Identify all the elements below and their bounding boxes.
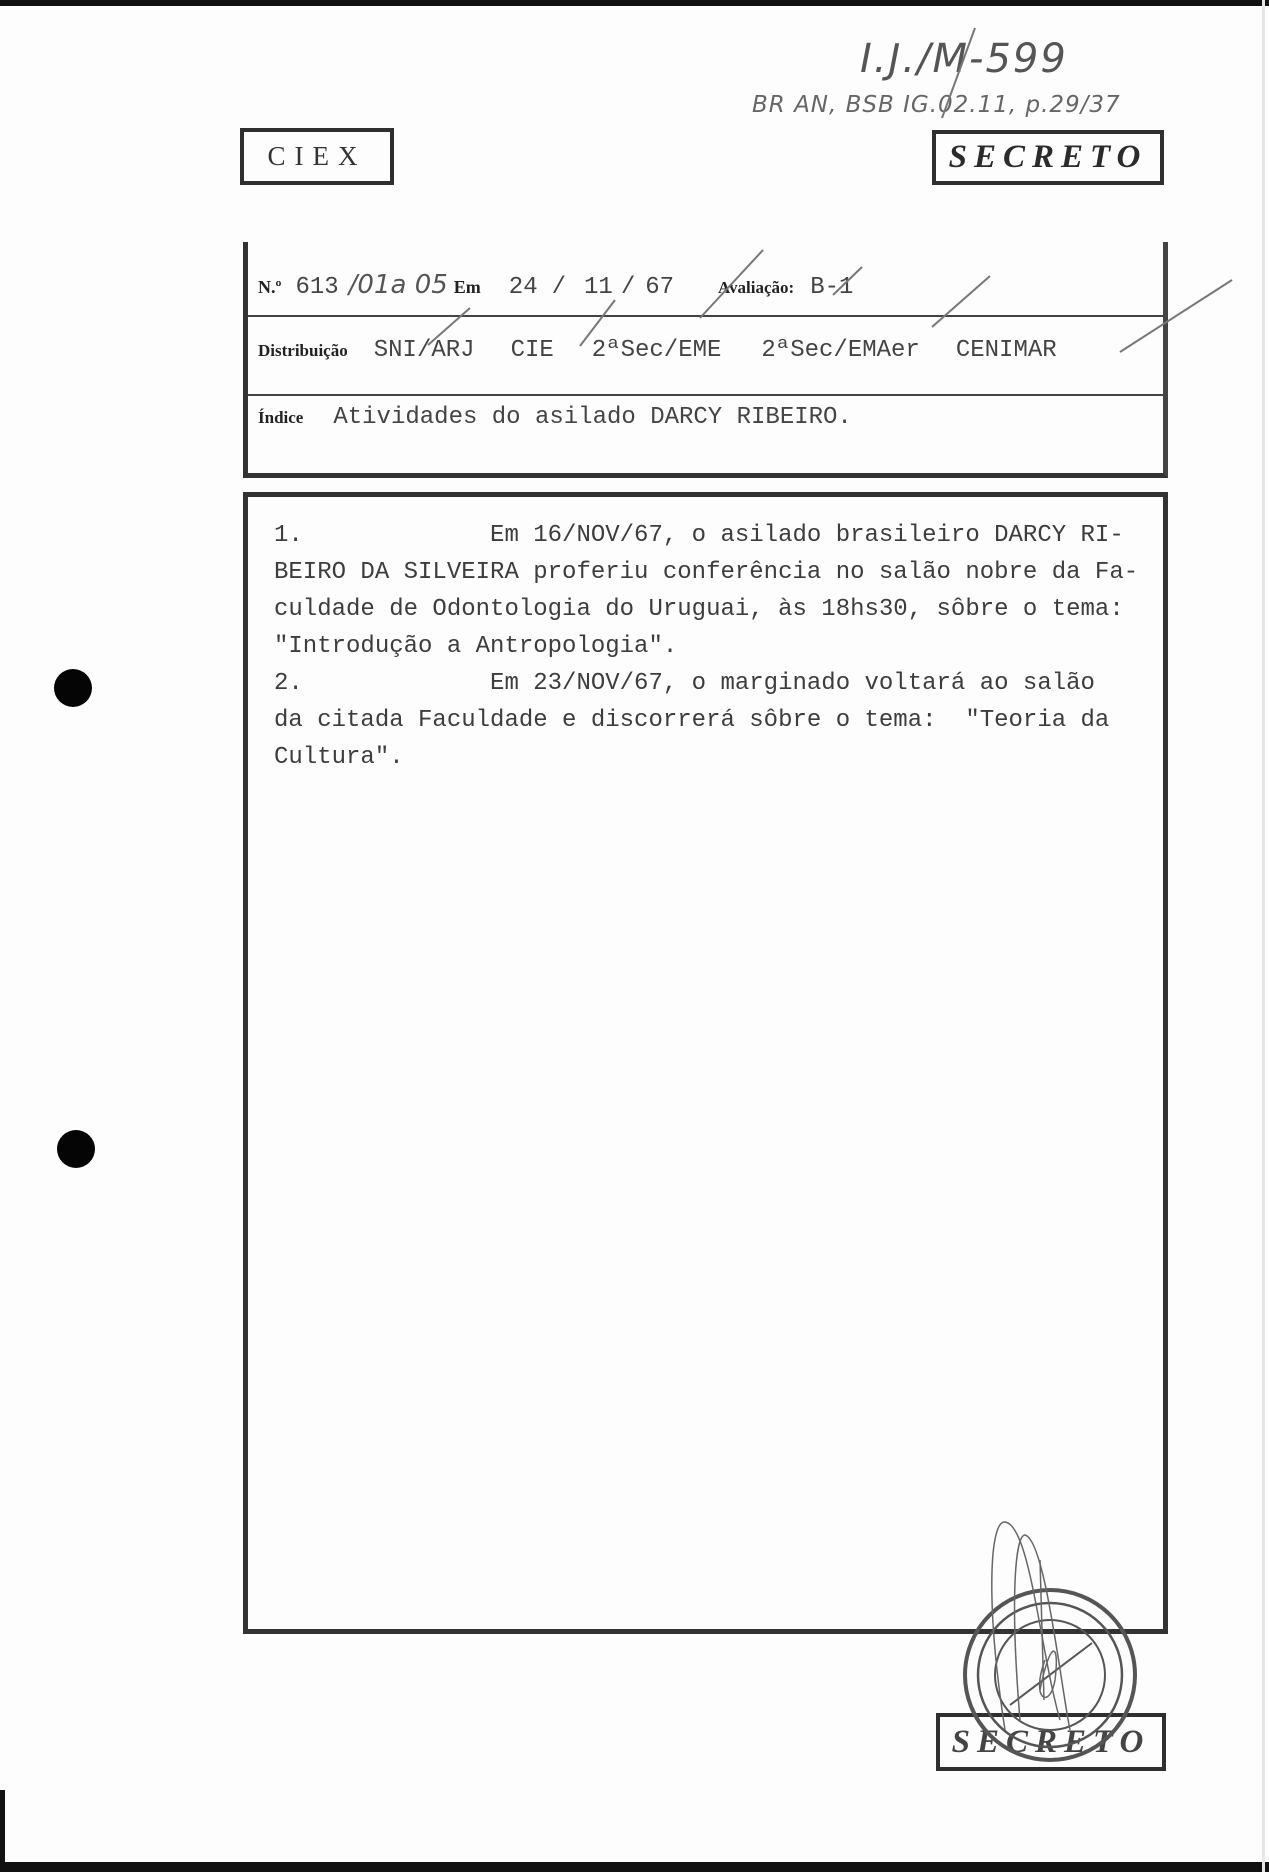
row-divider [248,394,1163,396]
date-day: 24 [509,274,538,301]
document-body: 1. Em 16/NOV/67, o asilado brasileiro DA… [243,492,1168,1634]
distribution-item: CENIMAR [956,337,1057,364]
header-form: N.º 613 /01a 05 Em 24 / 11 / 67 Avaliaçã… [243,242,1168,478]
body-line: da citada Faculdade e discorrerá sôbre o… [274,702,1154,739]
punch-hole-icon [54,669,92,707]
classification-stamp-bottom: SECRETO [936,1713,1166,1771]
distribution-label: Distribuição [258,341,348,361]
index-value: Atividades do asilado DARCY RIBEIRO. [333,404,851,431]
handwritten-archive-reference: BR AN, BSB IG.02.11, p.29/37 [752,92,1121,118]
distribution-item: CIE [511,337,554,364]
row-divider [248,315,1163,317]
body-line: 2. Em 23/NOV/67, o marginado voltará ao … [274,665,1154,702]
index-label: Índice [258,408,303,428]
organization-stamp-label: CIEX [268,141,367,172]
page-top-edge [0,0,1269,6]
organization-stamp: CIEX [240,128,394,185]
distribution-item: 2ªSec/EMAer [761,337,919,364]
body-line: culdade de Odontologia do Uruguai, às 18… [274,591,1154,628]
number-handwritten: /01a 05 [349,270,448,300]
number-date-row: N.º 613 /01a 05 Em 24 / 11 / 67 Avaliaçã… [248,270,1163,301]
handwritten-reference: I.J./M-599 [860,36,1068,82]
index-row: Índice Atividades do asilado DARCY RIBEI… [248,404,1163,431]
page-right-edge [1262,0,1265,1872]
distribution-item: SNI/ARJ [374,337,475,364]
body-line: Cultura". [274,739,1154,776]
date-year: 67 [645,274,674,301]
punch-hole-icon [57,1130,95,1168]
classification-stamp-top: SECRETO [932,130,1164,185]
page-bottom-edge [0,1862,1269,1872]
classification-label: SECRETO [952,1724,1151,1761]
body-line: "Introdução a Antropologia". [274,628,1154,665]
date-month: 11 [584,274,613,301]
date-separator: / [621,274,635,301]
body-line: 1. Em 16/NOV/67, o asilado brasileiro DA… [274,517,1154,554]
distribution-item: 2ªSec/EME [592,337,722,364]
number-value: 613 [295,274,338,301]
classification-label: SECRETO [949,139,1148,176]
page-left-edge [0,1790,5,1872]
distribution-row: Distribuição SNI/ARJ CIE 2ªSec/EME 2ªSec… [248,337,1163,364]
evaluation-value: B-1 [810,274,853,301]
number-label: N.º [258,277,281,298]
evaluation-label: Avaliação: [718,278,794,298]
date-label: Em [454,277,481,298]
body-line: BEIRO DA SILVEIRA proferiu conferência n… [274,554,1154,591]
date-separator: / [552,274,566,301]
